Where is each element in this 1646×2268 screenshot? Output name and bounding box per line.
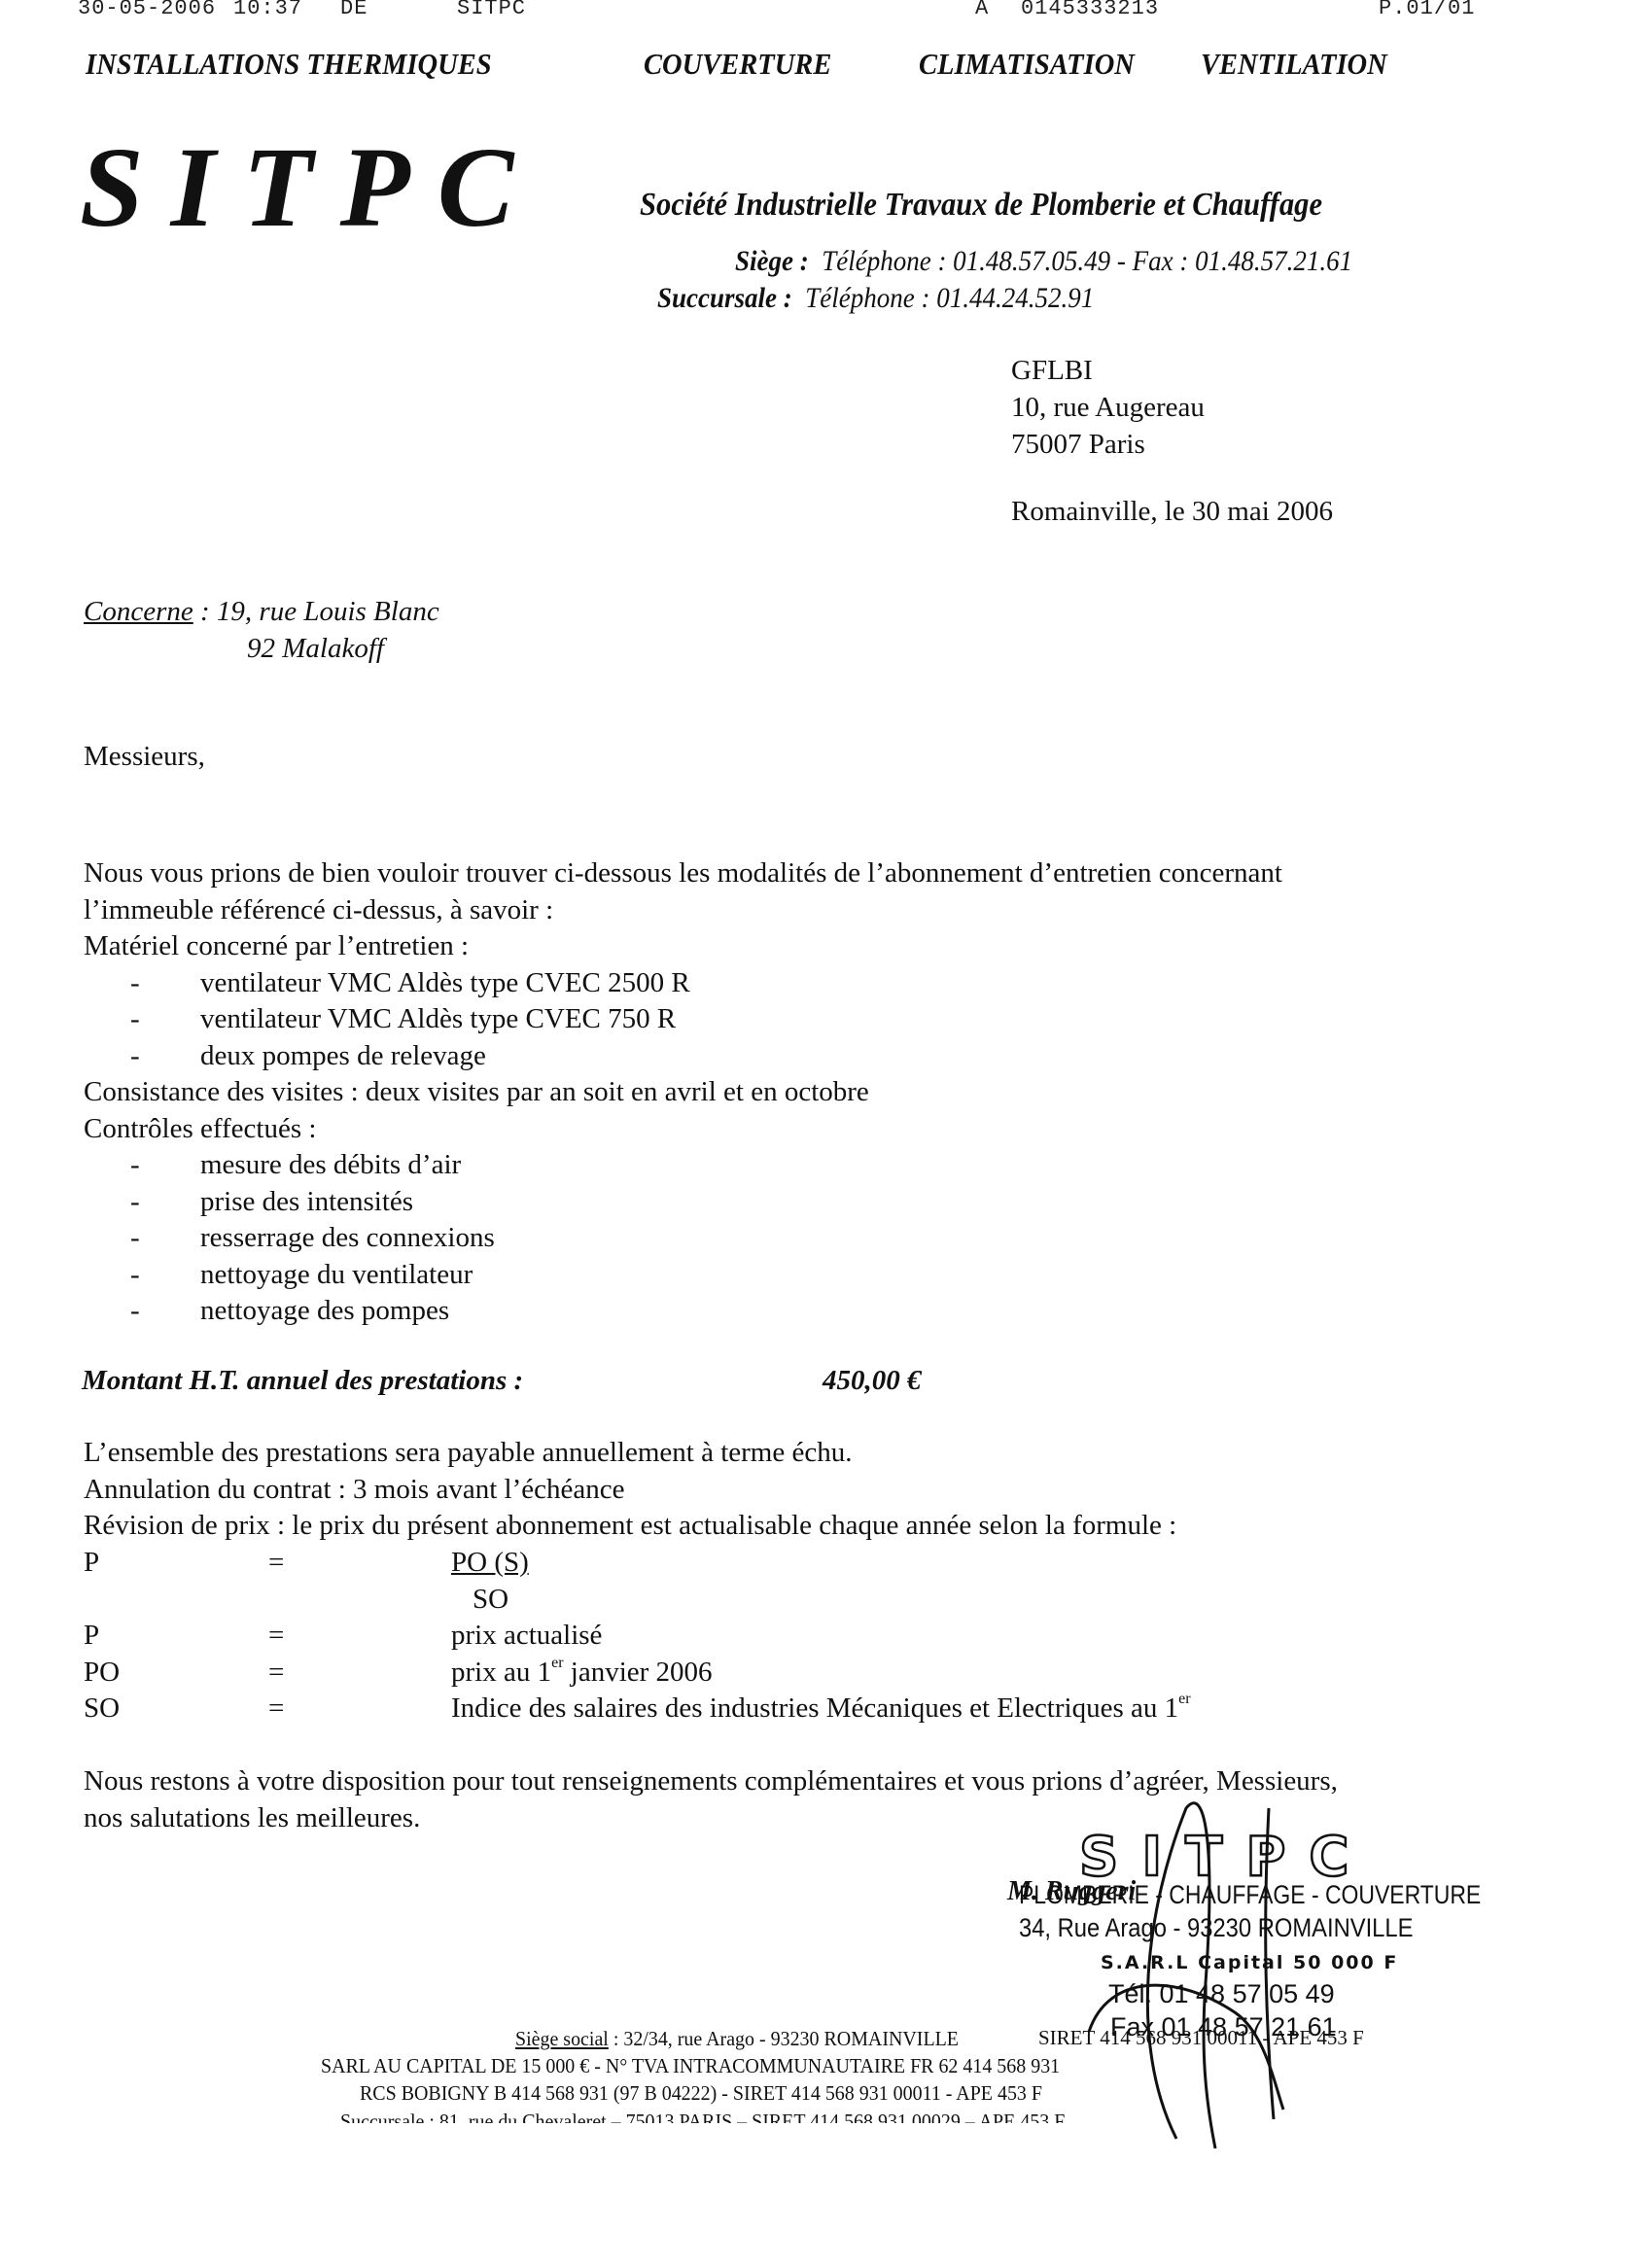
formula-def-sup: er: [551, 1655, 563, 1671]
materiel-heading: Matériel concerné par l’entretien :: [84, 928, 1282, 965]
footer-rcs-siret: RCS BOBIGNY B 414 568 931 (97 B 04222) -…: [360, 2081, 1042, 2106]
controle-item: -prise des intensités: [84, 1184, 1282, 1221]
subject-line1: 19, rue Louis Blanc: [217, 596, 439, 627]
formula-def-text: prix au 1: [451, 1657, 551, 1688]
siege-contact: Siège : Téléphone : 01.48.57.05.49 - Fax…: [735, 245, 1352, 278]
controles-heading: Contrôles effectués :: [84, 1111, 1282, 1148]
terms-block: L’ensemble des prestations sera payable …: [84, 1435, 1176, 1545]
formula-denominator-row: SO: [84, 1582, 1542, 1619]
controle-item: -nettoyage des pompes: [84, 1293, 1282, 1330]
formula-def-key: P: [84, 1618, 99, 1655]
footer-siege-label: Siège social: [515, 2027, 609, 2050]
revision-terms: Révision de prix : le prix du présent ab…: [84, 1508, 1176, 1545]
fax-date: 30-05-2006: [78, 0, 216, 20]
formula-main: P = PO (S): [84, 1545, 1542, 1582]
formula-def-key: PO: [84, 1655, 120, 1692]
footer-siege-address: : 32/34, rue Arago - 93230 ROMAINVILLE: [609, 2027, 959, 2050]
amount-label: Montant H.T. annuel des prestations :: [82, 1365, 523, 1397]
formula-def-sup: er: [1178, 1691, 1190, 1707]
materiel-text: deux pompes de relevage: [175, 1040, 486, 1071]
formula-def-value: prix au 1er janvier 2006: [451, 1655, 713, 1692]
fax-from-label: DE: [340, 0, 368, 20]
materiel-text: ventilateur VMC Aldès type CVEC 750 R: [175, 1003, 676, 1034]
materiel-item: -ventilateur VMC Aldès type CVEC 750 R: [84, 1001, 1282, 1038]
subject-label: Concerne: [84, 596, 193, 627]
bullet-dash-icon: -: [84, 1038, 175, 1075]
siege-label: Siège :: [735, 245, 809, 277]
controle-text: nettoyage du ventilateur: [175, 1259, 473, 1290]
category-couverture: COUVERTURE: [644, 47, 831, 82]
formula-def-equals: =: [268, 1691, 284, 1727]
controle-item: -mesure des débits d’air: [84, 1147, 1282, 1184]
formula-definition-row: P=prix actualisé: [84, 1618, 1542, 1655]
formula-numerator: PO (S): [451, 1547, 529, 1578]
stamp-line6: SIRET 414 568 931 00011 - APE 453 F: [1038, 2026, 1364, 2050]
category-climatisation: CLIMATISATION: [919, 47, 1135, 82]
controles-list: -mesure des débits d’air-prise des inten…: [84, 1147, 1282, 1330]
payment-terms: L’ensemble des prestations sera payable …: [84, 1435, 1176, 1472]
formula-def-equals: =: [268, 1618, 284, 1655]
fax-to-number: 0145333213: [1021, 0, 1159, 20]
company-full-name: Société Industrielle Travaux de Plomberi…: [640, 187, 1322, 224]
footer-siege: Siège social : 32/34, rue Arago - 93230 …: [515, 2027, 959, 2051]
intro-line2: l’immeuble référencé ci-dessus, à savoir…: [84, 892, 1282, 929]
fax-page: P.01/01: [1379, 0, 1475, 20]
signer-name: M. Ruggeri: [1007, 1876, 1136, 1907]
formula-def-value: prix actualisé: [451, 1618, 602, 1655]
price-formula: P = PO (S) SO P=prix actualiséPO=prix au…: [84, 1545, 1542, 1727]
bullet-dash-icon: -: [84, 1220, 175, 1257]
fax-sender: SITPC: [457, 0, 526, 20]
footer-succursale: Succursale : 81, rue du Chevaleret – 750…: [340, 2110, 1065, 2123]
formula-def-equals: =: [268, 1655, 284, 1692]
controle-item: -nettoyage du ventilateur: [84, 1257, 1282, 1294]
formula-def-text-after: janvier 2006: [564, 1657, 713, 1688]
amount-value: 450,00 €: [823, 1365, 922, 1397]
bullet-dash-icon: -: [84, 1257, 175, 1294]
cancellation-terms: Annulation du contrat : 3 mois avant l’é…: [84, 1472, 1176, 1509]
subject-line2: 92 Malakoff: [84, 630, 439, 667]
closing-line1: Nous restons à votre disposition pour to…: [84, 1763, 1338, 1800]
materiel-text: ventilateur VMC Aldès type CVEC 2500 R: [175, 967, 690, 998]
controle-text: resserrage des connexions: [175, 1222, 495, 1253]
intro-line1: Nous vous prions de bien vouloir trouver…: [84, 855, 1282, 892]
visites-line: Consistance des visites : deux visites p…: [84, 1074, 1282, 1111]
bullet-dash-icon: -: [84, 1001, 175, 1038]
formula-equals: =: [268, 1545, 284, 1582]
succursale-contact: Succursale : Téléphone : 01.44.24.52.91: [657, 282, 1094, 315]
subject-sep: :: [193, 596, 217, 627]
formula-def-key: SO: [84, 1691, 120, 1727]
formula-def-text: Indice des salaires des industries Mécan…: [451, 1692, 1178, 1724]
place-date: Romainville, le 30 mai 2006: [1011, 496, 1333, 528]
formula-p: P: [84, 1545, 99, 1582]
formula-denominator: SO: [473, 1582, 508, 1619]
materiel-list: -ventilateur VMC Aldès type CVEC 2500 R-…: [84, 965, 1282, 1075]
formula-def-value: Indice des salaires des industries Mécan…: [451, 1691, 1191, 1727]
formula-definition-row: SO=Indice des salaires des industries Mé…: [84, 1691, 1542, 1727]
controle-text: prise des intensités: [175, 1186, 413, 1217]
succursale-phone: Téléphone : 01.44.24.52.91: [805, 282, 1094, 314]
recipient-address: GFLBI 10, rue Augereau 75007 Paris: [1011, 352, 1205, 463]
company-logo: SITPC: [80, 122, 541, 254]
materiel-item: -ventilateur VMC Aldès type CVEC 2500 R: [84, 965, 1282, 1002]
salutation: Messieurs,: [84, 741, 205, 773]
stamp-line4: Tél. 01 48 57 05 49: [1108, 1979, 1335, 2009]
formula-definition-row: PO=prix au 1er janvier 2006: [84, 1655, 1542, 1692]
controle-item: -resserrage des connexions: [84, 1220, 1282, 1257]
recipient-street: 10, rue Augereau: [1011, 389, 1205, 426]
bullet-dash-icon: -: [84, 1147, 175, 1184]
subject-block: Concerne : 19, rue Louis Blanc 92 Malako…: [84, 593, 439, 667]
stamp-line3: S.A.R.L Capital 50 000 F: [1101, 1952, 1398, 1973]
formula-definitions: P=prix actualiséPO=prix au 1er janvier 2…: [84, 1618, 1542, 1727]
category-installations: INSTALLATIONS THERMIQUES: [86, 47, 492, 82]
recipient-city: 75007 Paris: [1011, 426, 1205, 463]
bullet-dash-icon: -: [84, 965, 175, 1002]
stamp-line2: 34, Rue Arago - 93230 ROMAINVILLE: [1019, 1913, 1413, 1943]
controle-text: mesure des débits d’air: [175, 1149, 461, 1180]
bullet-dash-icon: -: [84, 1293, 175, 1330]
letter-body: Nous vous prions de bien vouloir trouver…: [84, 855, 1282, 1330]
materiel-item: -deux pompes de relevage: [84, 1038, 1282, 1075]
fax-time: 10:37: [233, 0, 302, 20]
succursale-label: Succursale :: [657, 282, 792, 314]
footer-capital-tva: SARL AU CAPITAL DE 15 000 € - N° TVA INT…: [321, 2054, 1060, 2078]
siege-phone-fax: Téléphone : 01.48.57.05.49 - Fax : 01.48…: [822, 245, 1352, 277]
recipient-name: GFLBI: [1011, 352, 1205, 389]
controle-text: nettoyage des pompes: [175, 1295, 449, 1326]
category-ventilation: VENTILATION: [1201, 47, 1387, 82]
fax-to-label: A: [975, 0, 989, 20]
bullet-dash-icon: -: [84, 1184, 175, 1221]
